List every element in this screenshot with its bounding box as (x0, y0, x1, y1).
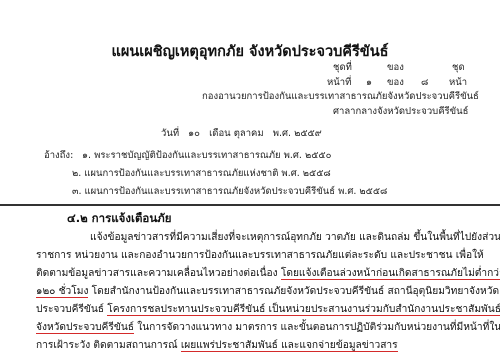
paragraph-line: การเฝ้าระวัง ติดตามสถานการณ์ เผยแพร่ประช… (36, 337, 398, 353)
page-label: หน้าที่ (327, 75, 351, 90)
highlighted-text: โครงการชลประทานประจวบคีรีขันธ์ เป็นหน่วย… (107, 304, 500, 316)
org-line-2: ศาลากลางจังหวัดประจวบคีรีขันธ์ (333, 104, 468, 119)
paragraph-line: ราชการ หน่วยงาน และกองอำนวยการป้องกันและ… (36, 247, 484, 263)
references-label: อ้างถึง: (44, 148, 73, 163)
reference-item: ๑. พระราชบัญญัติป้องกันและบรรเทาสาธารณภั… (82, 148, 331, 163)
line-text: โดยสำนักงานป้องกันและบรรเทาสาธารณภัยจังห… (88, 286, 499, 297)
paragraph-line: แจ้งข้อมูลข่าวสารที่มีความเสี่ยงที่จะเหต… (90, 229, 500, 245)
org-line-1: กองอานวยการป้องกันและบรรเทาสาธารณภัยจังห… (202, 89, 479, 104)
date-month-label: เดือน (209, 128, 231, 139)
set-label: ชุดที่ (333, 60, 352, 75)
date-year: ๒๕๕๙ (294, 128, 322, 139)
line-text: ประจวบคีรีขันธ์ (36, 304, 107, 315)
line-text: แจ้งข้อมูลข่าวสารที่มีความเสี่ยงที่จะเหต… (90, 232, 500, 243)
page-number: ๑ (366, 75, 372, 90)
date-day: ๑๐ (188, 128, 200, 139)
section-divider (0, 204, 500, 206)
line-text: ราชการ หน่วยงาน และกองอำนวยการป้องกันและ… (36, 250, 484, 261)
highlighted-text: ๑๒๐ ชั่วโมง (36, 286, 88, 298)
document-date: วันที่ ๑๐ เดือน ตุลาคม พ.ศ. ๒๕๕๙ (161, 126, 322, 141)
paragraph-line: ประจวบคีรีขันธ์ โครงการชลประทานประจวบคีร… (36, 301, 500, 317)
page-unit: หน้า (449, 75, 467, 90)
line-text: ในการจัดวางแนวทาง มาตรการ และขั้นตอนการป… (134, 322, 500, 333)
date-day-label: วันที่ (161, 128, 179, 139)
date-month: ตุลาคม (234, 128, 264, 139)
page-of-label: ของ (387, 75, 404, 90)
line-text: ติดตามข้อมูลข่าวสารและความเคลื่อนไหวอย่า… (36, 268, 281, 279)
highlighted-text: จังหวัดประจวบคีรีขันธ์ (36, 322, 134, 334)
set-unit: ชุด (452, 60, 465, 75)
reference-item: ๒. แผนการป้องกันและบรรเทาสาธารณภัยแห่งชา… (72, 166, 331, 181)
highlighted-text: โดยแจ้งเตือนล่วงหน้าก่อนเกิดสาธารณภัยไม่… (281, 268, 500, 280)
section-heading: ๔.๒ การแจ้งเตือนภัย (67, 210, 172, 228)
paragraph-line: ติดตามข้อมูลข่าวสารและความเคลื่อนไหวอย่า… (36, 265, 500, 281)
document-title: แผนเผชิญเหตุอุทกภัย จังหวัดประจวบคีรีขัน… (0, 40, 500, 63)
date-year-label: พ.ศ. (273, 128, 291, 139)
paragraph-line: ๑๒๐ ชั่วโมง โดยสำนักงานป้องกันและบรรเทาส… (36, 283, 499, 299)
highlighted-text: เผยแพร่ประชาสัมพันธ์ และแจกจ่ายข้อมูลข่า… (181, 340, 398, 352)
line-text: การเฝ้าระวัง ติดตามสถานการณ์ (36, 340, 181, 351)
set-of-label: ของ (387, 60, 404, 75)
page-total: ๘ (421, 75, 428, 90)
paragraph-line: จังหวัดประจวบคีรีขันธ์ ในการจัดวางแนวทาง… (36, 319, 500, 335)
reference-item: ๓. แผนการป้องกันและบรรเทาสาธารณภัยจังหวั… (72, 184, 387, 199)
